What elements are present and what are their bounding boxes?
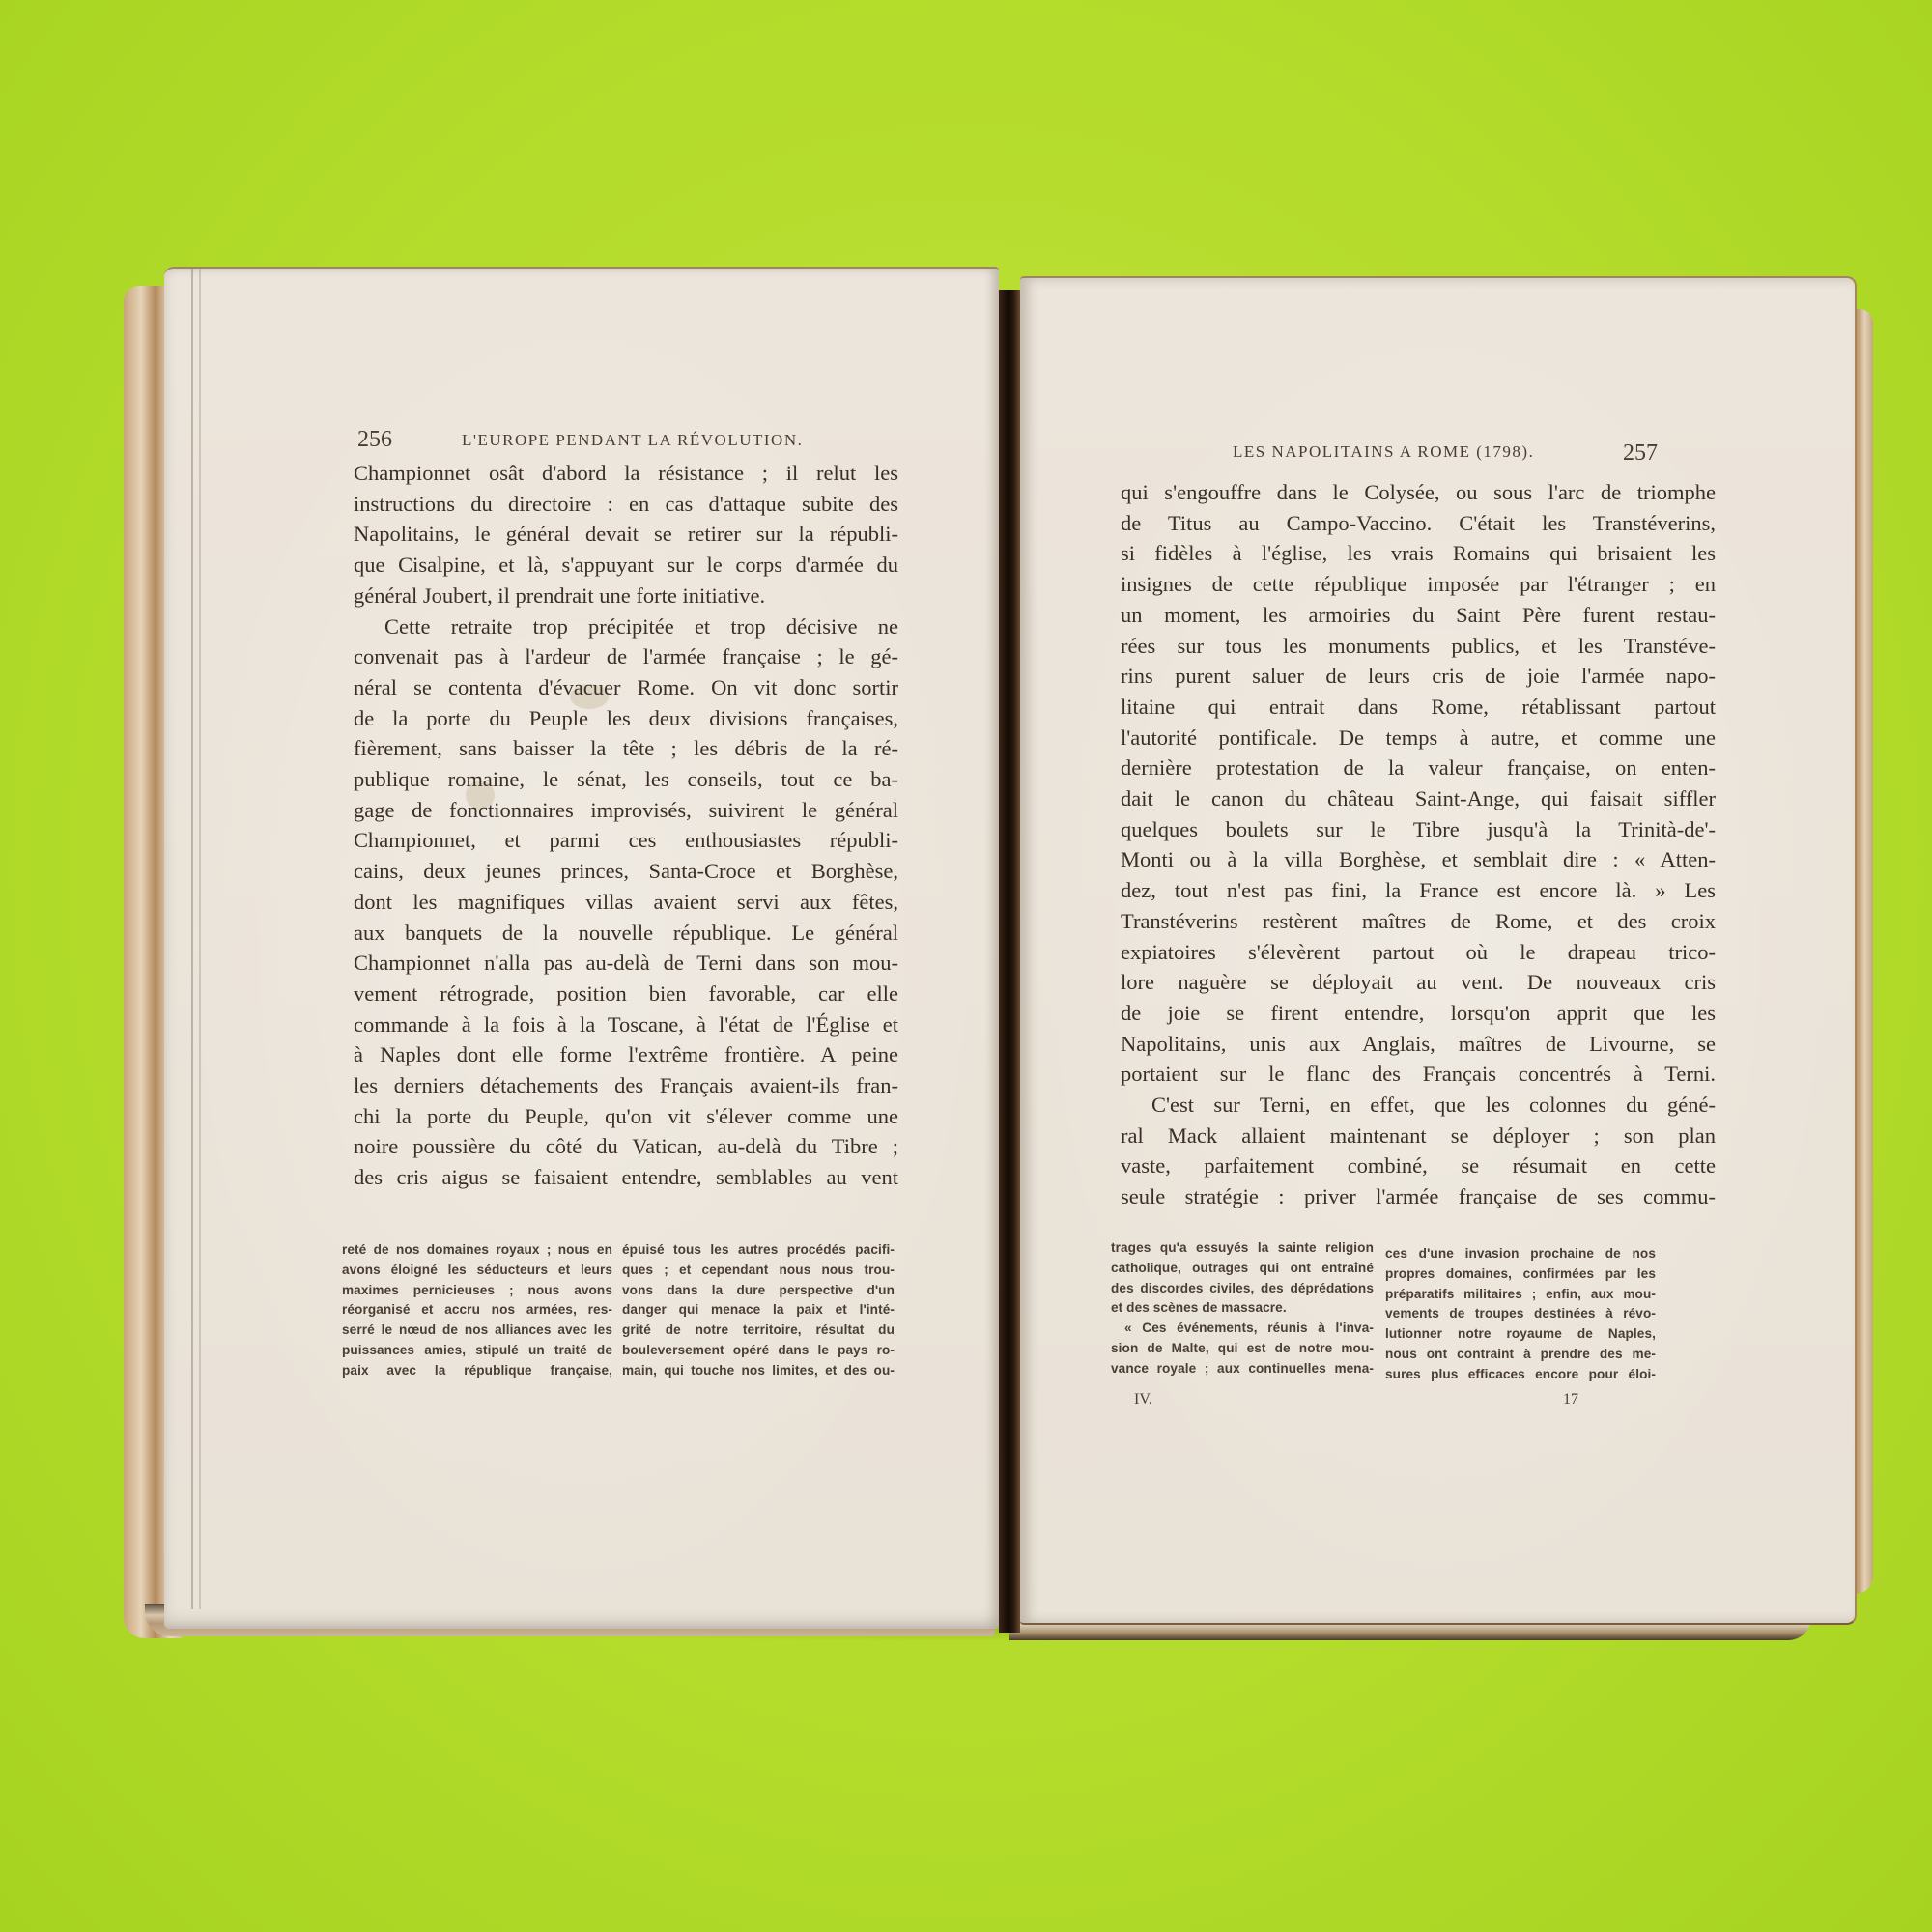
text-line: Transtéverins restèrent maîtres de Rome,… bbox=[1121, 906, 1716, 937]
text-line: Championnet osât d'abord la résistance ;… bbox=[354, 458, 898, 489]
right-page: LES NAPOLITAINS A ROME (1798). 257 qui s… bbox=[1020, 276, 1857, 1625]
footnote-line: vons dans la dure perspective d'un bbox=[622, 1281, 895, 1301]
text-line: que Cisalpine, et là, s'appuyant sur le … bbox=[354, 550, 898, 581]
footnote-line: « Ces événements, réunis à l'inva- bbox=[1111, 1319, 1374, 1339]
footnote-column-2: ces d'une invasion prochaine de nos prop… bbox=[1385, 1244, 1656, 1385]
text-line: général Joubert, il prendrait une forte … bbox=[354, 581, 898, 611]
text-line: lore naguère se déployait au vent. De no… bbox=[1121, 967, 1716, 998]
text-line: ral Mack allaient maintenant se déployer… bbox=[1121, 1121, 1716, 1151]
footnote-line: lutionner notre royaume de Naples, bbox=[1385, 1324, 1656, 1345]
footnote-line: paix avec la république française, bbox=[342, 1361, 612, 1381]
text-line: dernière protestation de la valeur franç… bbox=[1121, 753, 1716, 783]
text-line: instructions du directoire : en cas d'at… bbox=[354, 489, 898, 520]
text-line: vaste, parfaitement combiné, se résumait… bbox=[1121, 1151, 1716, 1181]
text-line: dez, tout n'est pas fini, la France est … bbox=[1121, 875, 1716, 906]
text-line: chi la porte du Peuple, qu'on vit s'élev… bbox=[354, 1101, 898, 1132]
text-line: Championnet n'alla pas au-delà de Terni … bbox=[354, 948, 898, 979]
text-line: néral se contenta d'évacuer Rome. On vit… bbox=[354, 672, 898, 703]
footnote-line: réorganisé et accru nos armées, res- bbox=[342, 1300, 612, 1321]
footnote-line: ques ; et cependant nous nous trou- bbox=[622, 1261, 895, 1281]
footnote-line: reté de nos domaines royaux ; nous en bbox=[342, 1240, 612, 1261]
text-line: portaient sur le flanc des Français conc… bbox=[1121, 1059, 1716, 1090]
text-line: aux banquets de la nouvelle république. … bbox=[354, 918, 898, 949]
footnote-line: trages qu'a essuyés la sainte religion bbox=[1111, 1238, 1374, 1259]
footnote-line: avons éloigné les séducteurs et leurs bbox=[342, 1261, 612, 1281]
footnote-column-1: reté de nos domaines royaux ; nous en av… bbox=[342, 1240, 612, 1381]
footnote-line: vance royale ; aux continuelles mena- bbox=[1111, 1359, 1374, 1379]
text-line: insignes de cette république imposée par… bbox=[1121, 569, 1716, 600]
footnote-line: danger qui menace la paix et l'inté- bbox=[622, 1300, 895, 1321]
text-line: commande à la fois à la Toscane, à l'éta… bbox=[354, 1009, 898, 1040]
footnote-line: épuisé tous les autres procédés pacifi- bbox=[622, 1240, 895, 1261]
text-line: dait le canon du château Saint-Ange, qui… bbox=[1121, 783, 1716, 814]
footnote-line: et des scènes de massacre. bbox=[1111, 1298, 1374, 1319]
text-line: rées sur tous les monuments publics, et … bbox=[1121, 631, 1716, 662]
text-line: convenait pas à l'ardeur de l'armée fran… bbox=[354, 641, 898, 672]
footnote-line: sures plus efficaces encore pour éloi- bbox=[1385, 1365, 1656, 1385]
text-line: Cette retraite trop précipitée et trop d… bbox=[354, 611, 898, 642]
footnote-line: propres domaines, confirmées par les bbox=[1385, 1264, 1656, 1285]
open-book: 256 L'EUROPE PENDANT LA RÉVOLUTION. Cham… bbox=[0, 0, 1932, 1932]
text-line: l'autorité pontificale. De temps à autre… bbox=[1121, 723, 1716, 753]
text-line: dont les magnifiques villas avaient serv… bbox=[354, 887, 898, 918]
footnote-line: catholique, outrages qui ont entraîné bbox=[1111, 1259, 1374, 1279]
text-line: Napolitains, unis aux Anglais, maîtres d… bbox=[1121, 1029, 1716, 1060]
text-line: à Naples dont elle forme l'extrême front… bbox=[354, 1039, 898, 1070]
footnote-line: des discordes civiles, des déprédations bbox=[1111, 1279, 1374, 1299]
text-line: Monti ou à la villa Borghèse, et semblai… bbox=[1121, 844, 1716, 875]
text-line: de Titus au Campo-Vaccino. C'était les T… bbox=[1121, 508, 1716, 539]
page-number: 256 bbox=[357, 427, 392, 453]
body-text: Championnet osât d'abord la résistance ;… bbox=[354, 458, 898, 1193]
footnote-line: sion de Malte, qui est de notre mou- bbox=[1111, 1339, 1374, 1359]
footnote-line: serré le nœud de nos alliances avec les bbox=[342, 1321, 612, 1341]
text-line: gage de fonctionnaires improvisés, suivi… bbox=[354, 795, 898, 826]
footnote-column-2: épuisé tous les autres procédés pacifi- … bbox=[622, 1240, 895, 1381]
footnote-line: vements de troupes destinées à révo- bbox=[1385, 1304, 1656, 1324]
footnote-line: maximes pernicieuses ; nous avons bbox=[342, 1281, 612, 1301]
footnote-line: préparatifs militaires ; enfin, aux mou- bbox=[1385, 1285, 1656, 1305]
footnote-column-1: trages qu'a essuyés la sainte religion c… bbox=[1111, 1238, 1374, 1379]
text-line: vement rétrograde, position bien favorab… bbox=[354, 979, 898, 1009]
text-line: les derniers détachements des Français a… bbox=[354, 1070, 898, 1101]
footnote-line: grité de notre territoire, résultat du bbox=[622, 1321, 895, 1341]
footnote-line: ces d'une invasion prochaine de nos bbox=[1385, 1244, 1656, 1264]
text-line: un moment, les armoiries du Saint Père f… bbox=[1121, 600, 1716, 631]
book-gutter bbox=[999, 290, 1020, 1633]
footnote-line: nous ont contraint à prendre des me- bbox=[1385, 1345, 1656, 1365]
text-line: litaine qui entrait dans Rome, rétabliss… bbox=[1121, 692, 1716, 723]
text-line: fièrement, sans baisser la tête ; les dé… bbox=[354, 733, 898, 764]
footnote-line: main, qui touche nos limites, et des ou- bbox=[622, 1361, 895, 1381]
text-line: des cris aigus se faisaient entendre, se… bbox=[354, 1162, 898, 1193]
body-text: qui s'engouffre dans le Colysée, ou sous… bbox=[1121, 477, 1716, 1212]
text-line: seule stratégie : priver l'armée françai… bbox=[1121, 1181, 1716, 1212]
footnote-line: puissances amies, stipulé un traité de bbox=[342, 1341, 612, 1361]
text-line: expiatoires s'élevèrent partout où le dr… bbox=[1121, 937, 1716, 968]
footnote-line: bouleversement opéré dans le pays ro- bbox=[622, 1341, 895, 1361]
text-line: noire poussière du côté du Vatican, au-d… bbox=[354, 1131, 898, 1162]
text-line: C'est sur Terni, en effet, que les colon… bbox=[1121, 1090, 1716, 1121]
running-head: L'EUROPE PENDANT LA RÉVOLUTION. bbox=[462, 431, 803, 450]
text-line: si fidèles à l'église, les vrais Romains… bbox=[1121, 538, 1716, 569]
gathering-signature: 17 bbox=[1563, 1391, 1578, 1408]
text-line: de joie se firent entendre, lorsqu'on ap… bbox=[1121, 998, 1716, 1029]
text-line: qui s'engouffre dans le Colysée, ou sous… bbox=[1121, 477, 1716, 508]
left-page: 256 L'EUROPE PENDANT LA RÉVOLUTION. Cham… bbox=[164, 267, 999, 1629]
text-line: quelques boulets sur le Tibre jusqu'à la… bbox=[1121, 814, 1716, 845]
running-head: LES NAPOLITAINS A ROME (1798). bbox=[1233, 442, 1534, 462]
text-line: Napolitains, le général devait se retire… bbox=[354, 519, 898, 550]
text-line: de la porte du Peuple les deux divisions… bbox=[354, 703, 898, 734]
volume-signature: IV. bbox=[1134, 1391, 1152, 1408]
text-line: rins purent saluer de leurs cris de joie… bbox=[1121, 661, 1716, 692]
text-line: publique romaine, le sénat, les conseils… bbox=[354, 764, 898, 795]
page-number: 257 bbox=[1623, 440, 1658, 467]
text-line: cains, deux jeunes princes, Santa-Croce … bbox=[354, 856, 898, 887]
text-line: Championnet, et parmi ces enthousiastes … bbox=[354, 825, 898, 856]
